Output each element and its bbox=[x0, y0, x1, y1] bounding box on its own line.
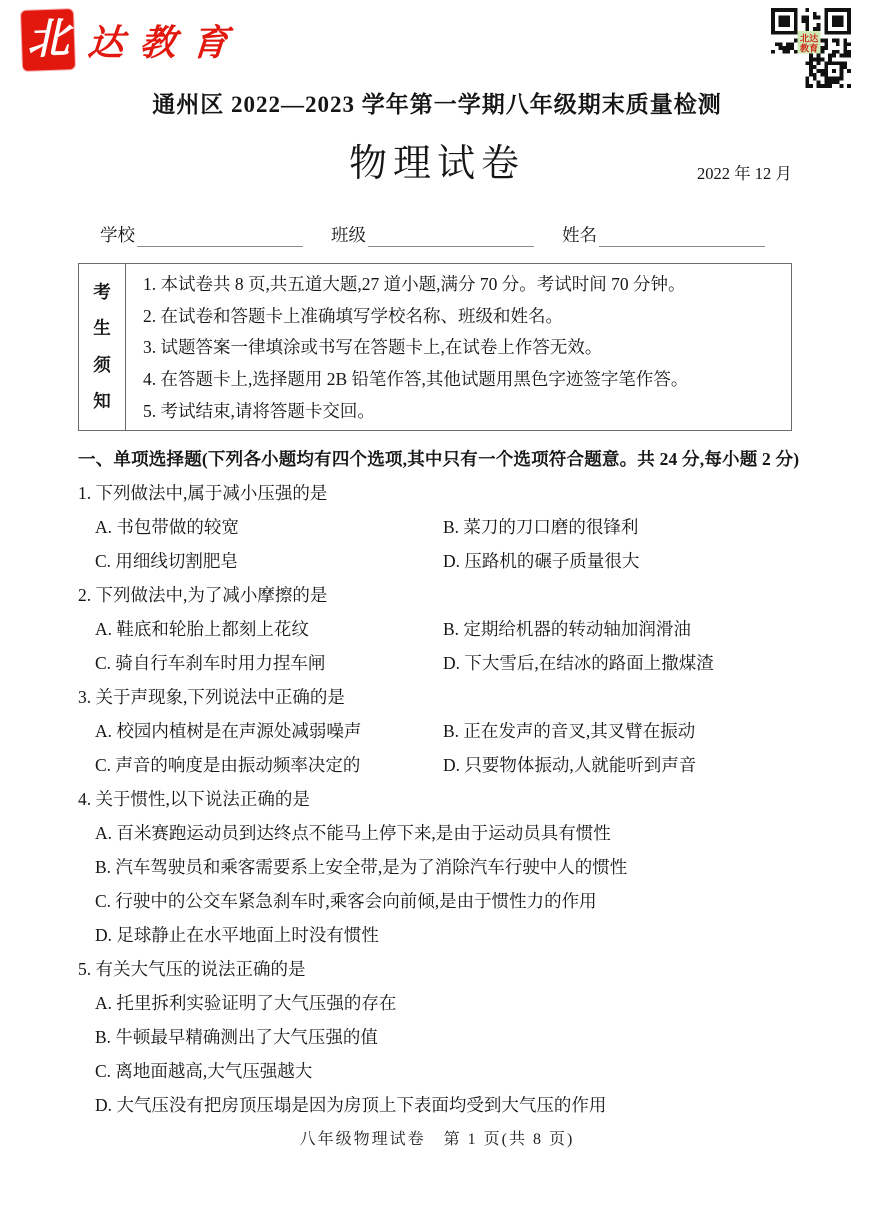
answer-option: A. 校园内植树是在声源处减弱噪声 bbox=[95, 718, 443, 743]
brand-wordmark: 达教育 bbox=[86, 15, 246, 66]
answer-option: D. 压路机的碾子质量很大 bbox=[443, 548, 796, 573]
answer-option: C. 用细线切割肥皂 bbox=[95, 548, 443, 573]
question-stem: 2. 下列做法中,为了减小摩擦的是 bbox=[78, 577, 796, 611]
notice-item: 3. 试题答案一律填涂或书写在答题卡上,在试卷上作答无效。 bbox=[143, 334, 785, 359]
answer-option: C. 行驶中的公交车紧急刹车时,乘客会向前倾,是由于惯性力的作用 bbox=[78, 883, 796, 917]
field-blank-line bbox=[368, 227, 534, 247]
field-label: 姓名 bbox=[562, 222, 597, 247]
notice-items: 1. 本试卷共 8 页,共五道大题,27 道小题,满分 70 分。考试时间 70… bbox=[126, 264, 791, 430]
option-row: A. 鞋底和轮胎上都刻上花纹B. 定期给机器的转动轴加润滑油 bbox=[78, 611, 796, 645]
notice-box: 考生须知 1. 本试卷共 8 页,共五道大题,27 道小题,满分 70 分。考试… bbox=[78, 263, 792, 431]
section-title: 一、单项选择题(下列各小题均有四个选项,其中只有一个选项符合题意。共 24 分,… bbox=[78, 441, 796, 475]
exam-date: 2022 年 12 月 bbox=[697, 160, 792, 184]
question-stem: 4. 关于惯性,以下说法正确的是 bbox=[78, 781, 796, 815]
notice-side-char: 知 bbox=[93, 393, 111, 411]
field-blank-line bbox=[137, 227, 303, 247]
answer-option: C. 声音的响度是由振动频率决定的 bbox=[95, 752, 443, 777]
answer-option: D. 只要物体振动,人就能听到声音 bbox=[443, 752, 796, 777]
answer-option: B. 正在发声的音叉,其叉臂在振动 bbox=[443, 718, 796, 743]
answer-option: D. 足球静止在水平地面上时没有惯性 bbox=[78, 917, 796, 951]
student-info-fields: 学校班级姓名 bbox=[100, 222, 793, 247]
student-field: 学校 bbox=[100, 222, 303, 247]
notice-side-char: 考 bbox=[93, 284, 111, 302]
brand-stamp-icon: 北 bbox=[21, 9, 75, 71]
answer-option: D. 大气压没有把房顶压塌是因为房顶上下表面均受到大气压的作用 bbox=[78, 1087, 796, 1121]
student-field: 姓名 bbox=[562, 222, 765, 247]
answer-option: A. 托里拆利实验证明了大气压强的存在 bbox=[78, 985, 796, 1019]
option-row: C. 声音的响度是由振动频率决定的D. 只要物体振动,人就能听到声音 bbox=[78, 747, 796, 781]
field-label: 学校 bbox=[100, 222, 135, 247]
answer-option: B. 牛顿最早精确测出了大气压强的值 bbox=[78, 1019, 796, 1053]
question-stem: 5. 有关大气压的说法正确的是 bbox=[78, 951, 796, 985]
answer-option: D. 下大雪后,在结冰的路面上撒煤渣 bbox=[443, 650, 796, 675]
notice-item: 2. 在试卷和答题卡上准确填写学校名称、班级和姓名。 bbox=[143, 303, 785, 328]
qr-center-label: 北达 bbox=[800, 33, 819, 44]
answer-option: B. 菜刀的刀口磨的很锋利 bbox=[443, 514, 796, 539]
notice-item: 4. 在答题卡上,选择题用 2B 铅笔作答,其他试题用黑色字迹签字笔作答。 bbox=[143, 366, 785, 391]
question-stem: 3. 关于声现象,下列说法中正确的是 bbox=[78, 679, 796, 713]
qr-center-label: 教育 bbox=[799, 42, 818, 53]
exam-paper-page: 北 达教育 北达教育 通州区 2022—2023 学年第一学期八年级期末质量检测… bbox=[0, 0, 874, 1228]
option-row: A. 校园内植树是在声源处减弱噪声B. 正在发声的音叉,其叉臂在振动 bbox=[78, 713, 796, 747]
answer-option: A. 百米赛跑运动员到达终点不能马上停下来,是由于运动员具有惯性 bbox=[78, 815, 796, 849]
field-label: 班级 bbox=[331, 222, 366, 247]
question-stem: 1. 下列做法中,属于减小压强的是 bbox=[78, 475, 796, 509]
option-row: A. 书包带做的较宽B. 菜刀的刀口磨的很锋利 bbox=[78, 509, 796, 543]
student-field: 班级 bbox=[331, 222, 534, 247]
answer-option: C. 离地面越高,大气压强越大 bbox=[78, 1053, 796, 1087]
qr-code-icon: 北达教育 bbox=[771, 8, 851, 88]
answer-option: C. 骑自行车刹车时用力捏车闸 bbox=[95, 650, 443, 675]
answer-option: B. 定期给机器的转动轴加润滑油 bbox=[443, 616, 796, 641]
answer-option: A. 书包带做的较宽 bbox=[95, 514, 443, 539]
brand-logo: 北 达教育 bbox=[22, 10, 244, 70]
answer-option: A. 鞋底和轮胎上都刻上花纹 bbox=[95, 616, 443, 641]
notice-item: 1. 本试卷共 8 页,共五道大题,27 道小题,满分 70 分。考试时间 70… bbox=[143, 271, 785, 296]
exam-title: 通州区 2022—2023 学年第一学期八年级期末质量检测 bbox=[0, 86, 874, 119]
notice-side-char: 须 bbox=[93, 357, 111, 375]
field-blank-line bbox=[599, 227, 765, 247]
option-row: C. 用细线切割肥皂D. 压路机的碾子质量很大 bbox=[78, 543, 796, 577]
questions-area: 一、单项选择题(下列各小题均有四个选项,其中只有一个选项符合题意。共 24 分,… bbox=[78, 441, 796, 1121]
brand-stamp-char: 北 bbox=[26, 18, 69, 61]
notice-side-label: 考生须知 bbox=[79, 264, 126, 430]
answer-option: B. 汽车驾驶员和乘客需要系上安全带,是为了消除汽车行驶中人的惯性 bbox=[78, 849, 796, 883]
page-footer: 八年级物理试卷 第 1 页(共 8 页) bbox=[0, 1126, 874, 1149]
option-row: C. 骑自行车刹车时用力捏车闸D. 下大雪后,在结冰的路面上撒煤渣 bbox=[78, 645, 796, 679]
notice-side-char: 生 bbox=[93, 320, 111, 338]
notice-item: 5. 考试结束,请将答题卡交回。 bbox=[143, 398, 785, 423]
